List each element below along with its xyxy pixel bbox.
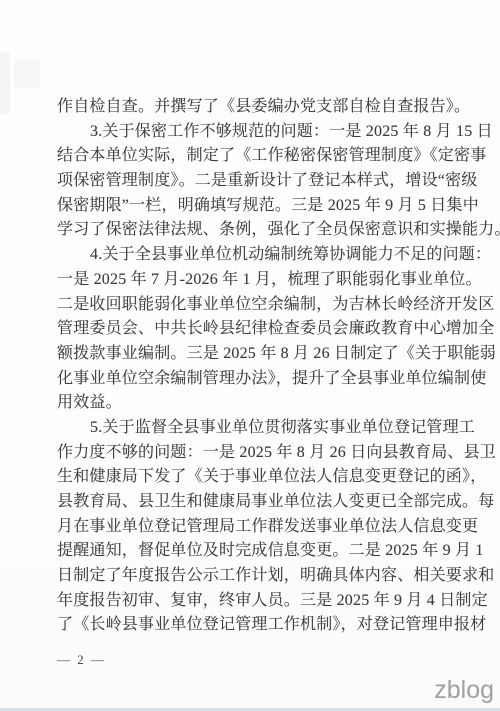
text-line: 二是收回职能弱化事业单位空余编制，为吉林长岭经济开发区 — [57, 293, 455, 318]
scan-artifact — [0, 52, 10, 114]
watermark-text: zblog — [434, 676, 494, 705]
text-line: 结合本单位实际，制定了《工作秘密保密管理制度》《定密事 — [57, 144, 455, 169]
text-line: 管理委员会、中共长岭县纪律检查委员会廉政教育中心增加全 — [57, 317, 455, 342]
text-line: 了《长岭县事业单位登记管理工作机制》，对登记管理申报材 — [57, 613, 455, 638]
text-line: 日制定了年度报告公示工作计划，明确具体内容、相关要求和 — [57, 564, 455, 589]
text-line: 5.关于监督全县事业单位贯彻落实事业单位登记管理工 — [57, 416, 455, 441]
page-number: — 2 — — [57, 652, 106, 668]
text-line: 月在事业单位登记管理局工作群发送事业单位法人信息变更 — [57, 515, 455, 540]
text-line: 县教育局、县卫生和健康局事业单位法人变更已全部完成。每 — [57, 490, 455, 515]
document-body: 作自检自查。并撰写了《县委编办党支部自检自查报告》。 3.关于保密工作不够规范的… — [57, 95, 455, 638]
scanned-page: 作自检自查。并撰写了《县委编办党支部自检自查报告》。 3.关于保密工作不够规范的… — [0, 0, 500, 711]
text-line: 生和健康局下发了《关于事业单位法人信息变更登记的函》， — [57, 465, 455, 490]
text-line: 学习了保密法律法规、条例，强化了全员保密意识和实操能力。 — [57, 218, 455, 243]
text-line: 3.关于保密工作不够规范的问题：一是 2025 年 8 月 15 日 — [57, 120, 455, 145]
text-line: 化事业单位空余编制管理办法》，提升了全县事业单位编制使 — [57, 367, 455, 392]
scan-artifact — [14, 60, 40, 88]
text-line: 4.关于全县事业单位机动编制统筹协调能力不足的问题： — [57, 243, 455, 268]
text-line: 提醒通知，督促单位及时完成信息变更。二是 2025 年 9 月 1 — [57, 539, 455, 564]
text-line: 年度报告初审、复审，终审人员。三是 2025 年 9 月 4 日制定 — [57, 589, 455, 614]
text-line: 保密期限”一栏，明确填写规范。三是 2025 年 9 月 5 日集中 — [57, 194, 455, 219]
text-line: 用效益。 — [57, 391, 455, 416]
text-line: 项保密管理制度》。二是重新设计了登记本样式，增设“密级 — [57, 169, 455, 194]
text-line: 作力度不够的问题：一是 2025 年 8 月 26 日向县教育局、县卫 — [57, 441, 455, 466]
text-line: 额拨款事业编制。三是 2025 年 8 月 26 日制定了《关于职能弱 — [57, 342, 455, 367]
text-line: 作自检自查。并撰写了《县委编办党支部自检自查报告》。 — [57, 95, 455, 120]
text-line: 一是 2025 年 7 月-2026 年 1 月，梳理了职能弱化事业单位。 — [57, 268, 455, 293]
